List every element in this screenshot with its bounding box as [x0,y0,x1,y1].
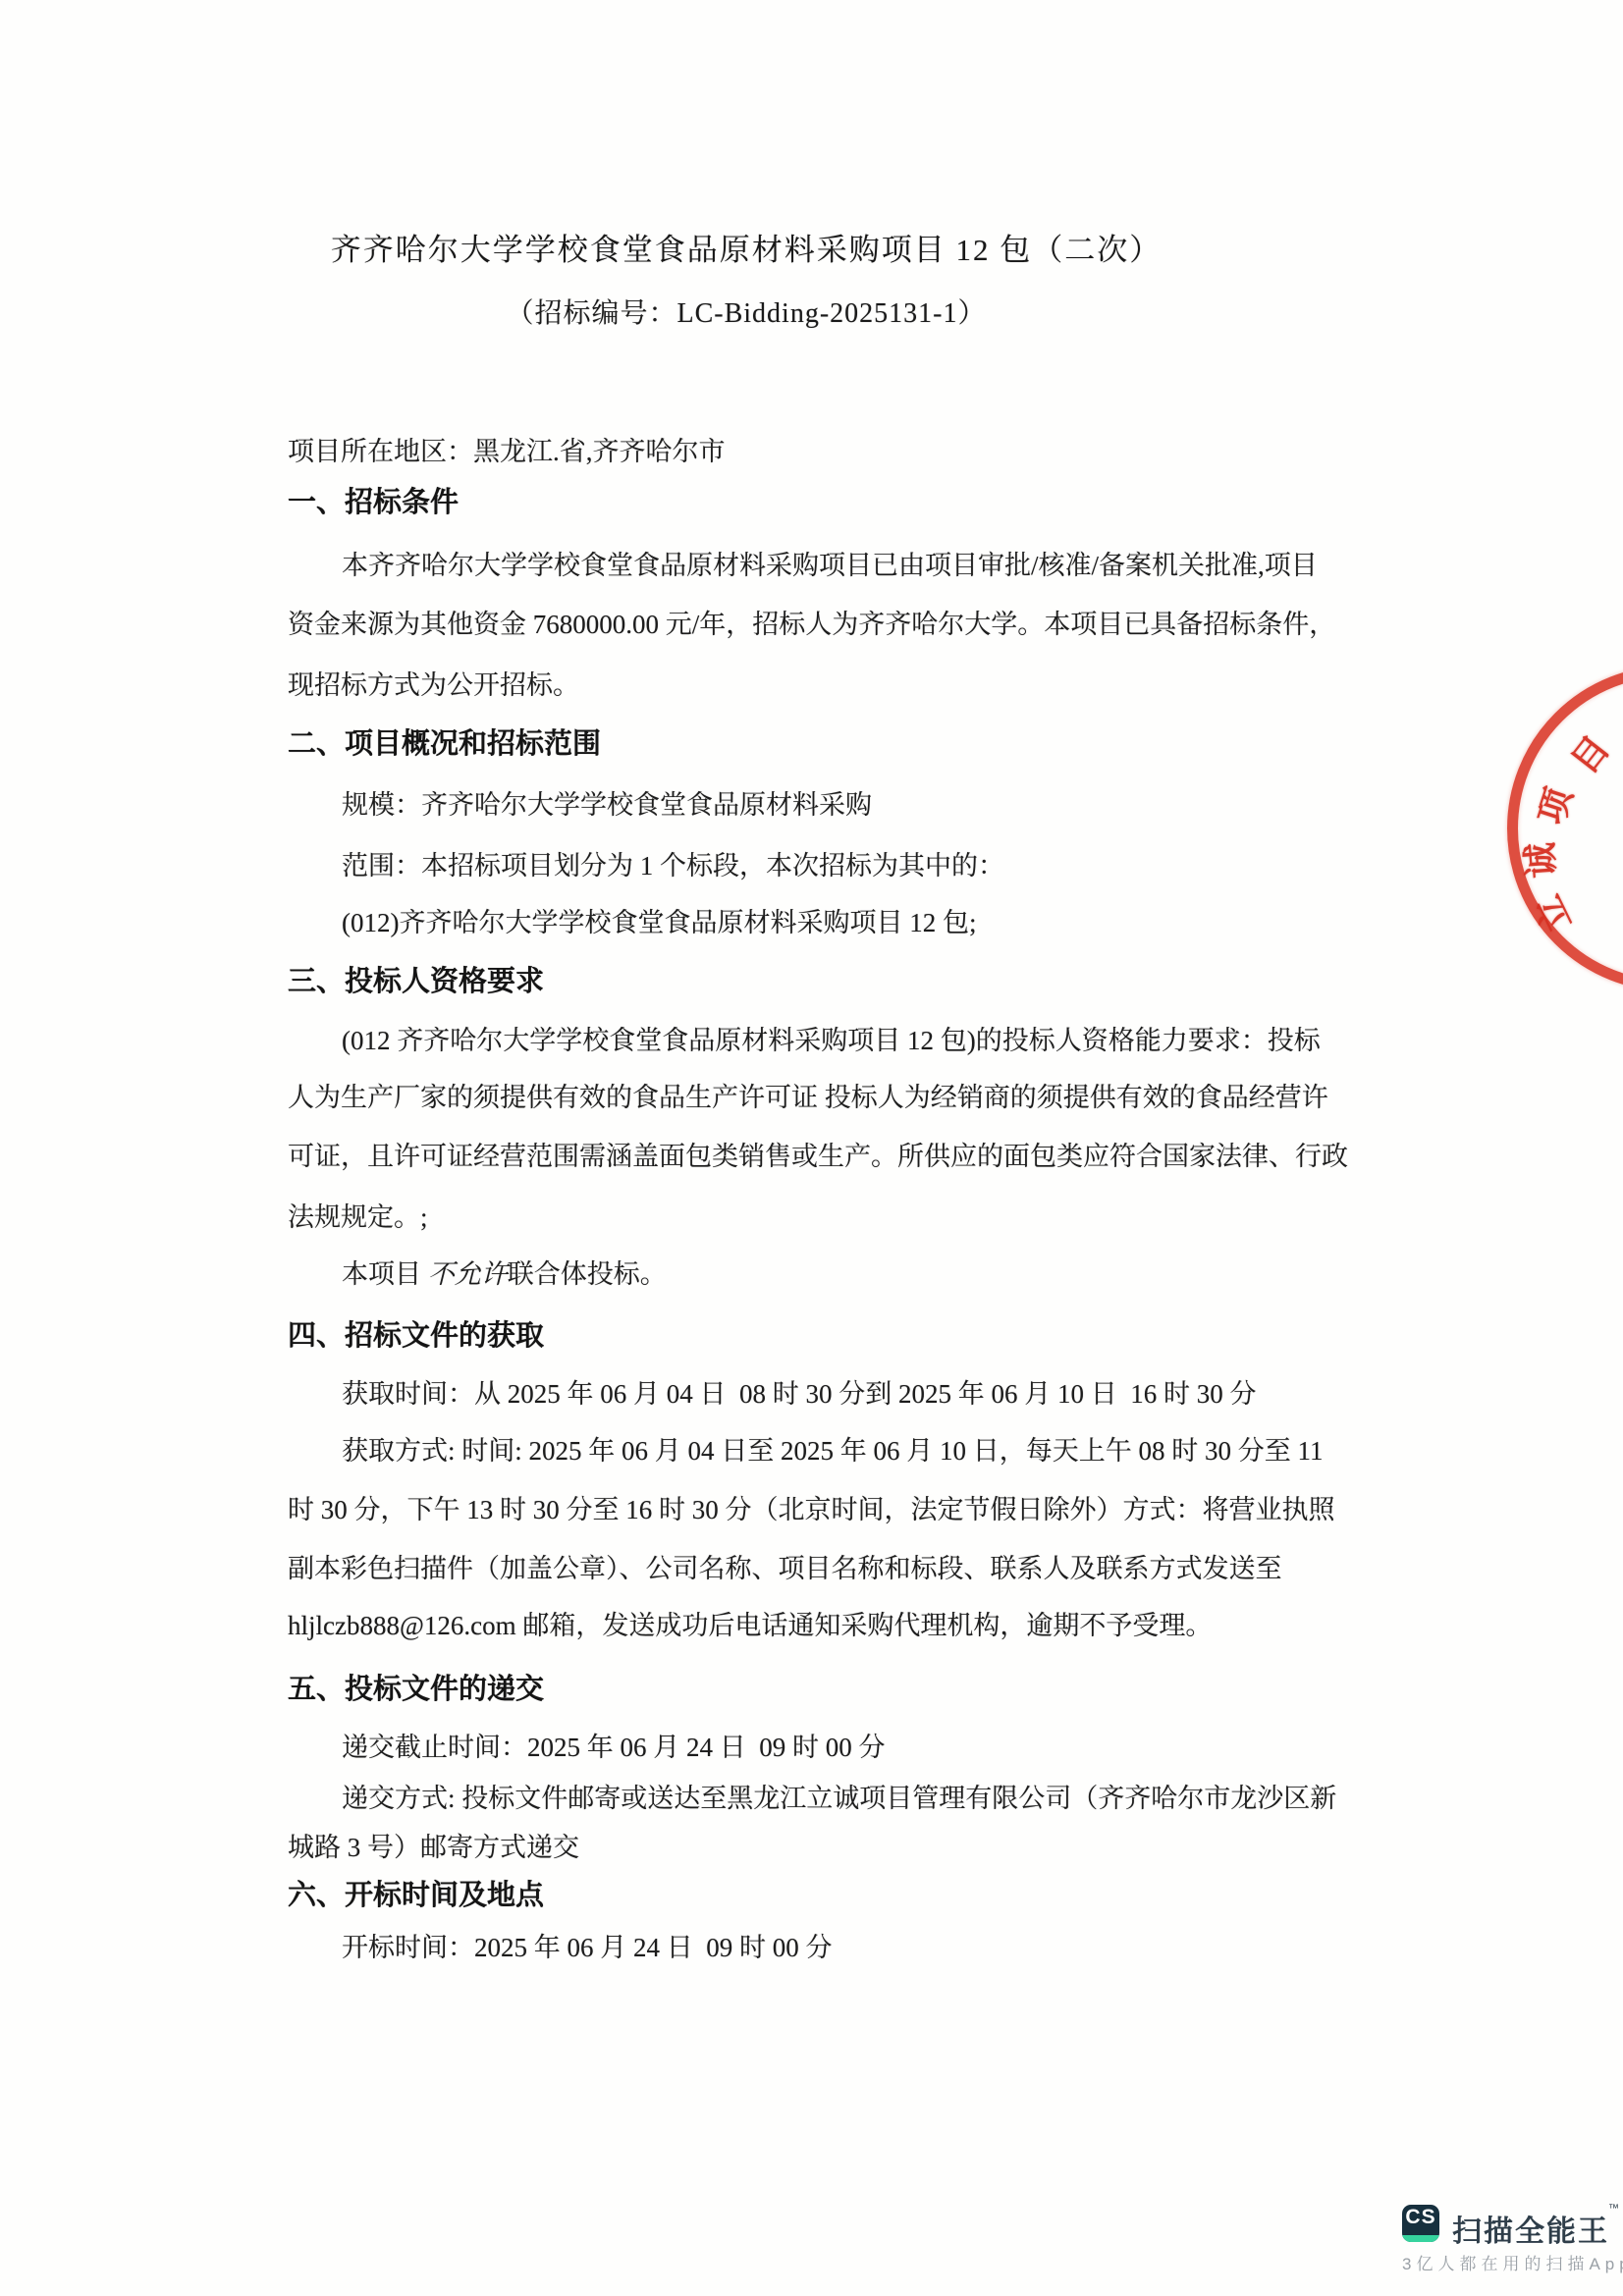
section5-line2: 递交方式: 投标文件邮寄或送达至黑龙江立诚项目管理有限公司（齐齐哈尔市龙沙区新 [342,1777,1336,1815]
section1-line2: 资金来源为其他资金 7680000.00 元/年，招标人为齐齐哈尔大学。本项目已… [288,603,1335,641]
section3-line3: 可证，且许可证经营范围需涵盖面包类销售或生产。所供应的面包类应符合国家法律、行政 [288,1135,1348,1173]
no-consortium-line: 本项目 不允许联合体投标。 [342,1253,667,1291]
no-consortium-italic: 不允许 [428,1259,508,1289]
section4-line5: hljlczb888@126.com 邮箱，发送成功后电话通知采购代理机构，逾期… [288,1604,1212,1642]
camscanner-logo-accent [1402,2235,1439,2242]
document-title: 齐齐哈尔大学学校食堂食品原材料采购项目 12 包（二次） [137,225,1355,269]
section4-line3: 时 30 分，下午 13 时 30 分至 16 时 30 分（北京时间，法定节假… [288,1488,1335,1526]
section4-line2: 获取方式: 时间: 2025 年 06 月 04 日至 2025 年 06 月 … [342,1429,1324,1468]
section1-line1: 本齐齐哈尔大学学校食堂食品原材料采购项目已由项目审批/核准/备案机关批准,项目 [342,544,1318,582]
section3-heading: 三、投标人资格要求 [288,959,544,999]
section1-heading: 一、招标条件 [288,480,459,520]
section2-scope-line: 范围：本招标项目划分为 1 个标段，本次招标为其中的： [342,844,1004,882]
camscanner-logo-icon: CS [1402,2205,1439,2242]
section3-line4: 法规规定。; [288,1196,428,1234]
section4-heading: 四、招标文件的获取 [288,1313,544,1354]
section2-package-line: (012)齐齐哈尔大学学校食堂食品原材料采购项目 12 包; [342,901,976,939]
section4-line1: 获取时间：从 2025 年 06 月 04 日 08 时 30 分到 2025 … [342,1372,1257,1411]
no-consortium-prefix: 本项目 [342,1259,428,1289]
section5-line1: 递交截止时间：2025 年 06 月 24 日 09 时 00 分 [342,1726,886,1764]
section2-scale-line: 规模：齐齐哈尔大学学校食堂食品原材料采购 [342,783,872,822]
section6-heading: 六、开标时间及地点 [288,1873,544,1913]
section4-line4: 副本彩色扫描件（加盖公章）、公司名称、项目名称和标段、联系人及联系方式发送至 [288,1547,1282,1585]
section3-line1: (012 齐齐哈尔大学学校食堂食品原材料采购项目 12 包)的投标人资格能力要求… [342,1019,1321,1057]
section2-heading: 二、项目概况和招标范围 [288,721,601,762]
red-seal-char-3: 诚 [1512,841,1564,880]
scanned-document-page: 齐齐哈尔大学学校食堂食品原材料采购项目 12 包（二次） （招标编号：LC-Bi… [0,0,1623,2296]
camscanner-logo-text: CS [1402,2206,1439,2229]
bid-number-line: （招标编号：LC-Bidding-2025131-1） [137,292,1355,331]
no-consortium-suffix: 联合体投标。 [508,1259,667,1289]
camscanner-tagline: 3亿人都在用的扫描App [1402,2250,1623,2274]
red-seal-ring [1507,666,1623,991]
section3-line2: 人为生产厂家的须提供有效的食品生产许可证 投标人为经销商的须提供有效的食品经营许 [288,1076,1328,1114]
project-location-line: 项目所在地区：黑龙江.省,齐齐哈尔市 [288,430,726,468]
section5-heading: 五、投标文件的递交 [288,1667,544,1707]
section1-line3: 现招标方式为公开招标。 [288,664,579,702]
section5-line3: 城路 3 号）邮寄方式递交 [288,1826,579,1864]
section6-line1: 开标时间：2025 年 06 月 24 日 09 时 00 分 [342,1926,833,1964]
camscanner-trademark-symbol: ™ [1608,2203,1619,2215]
camscanner-app-name: 扫描全能王 [1452,2207,1609,2250]
